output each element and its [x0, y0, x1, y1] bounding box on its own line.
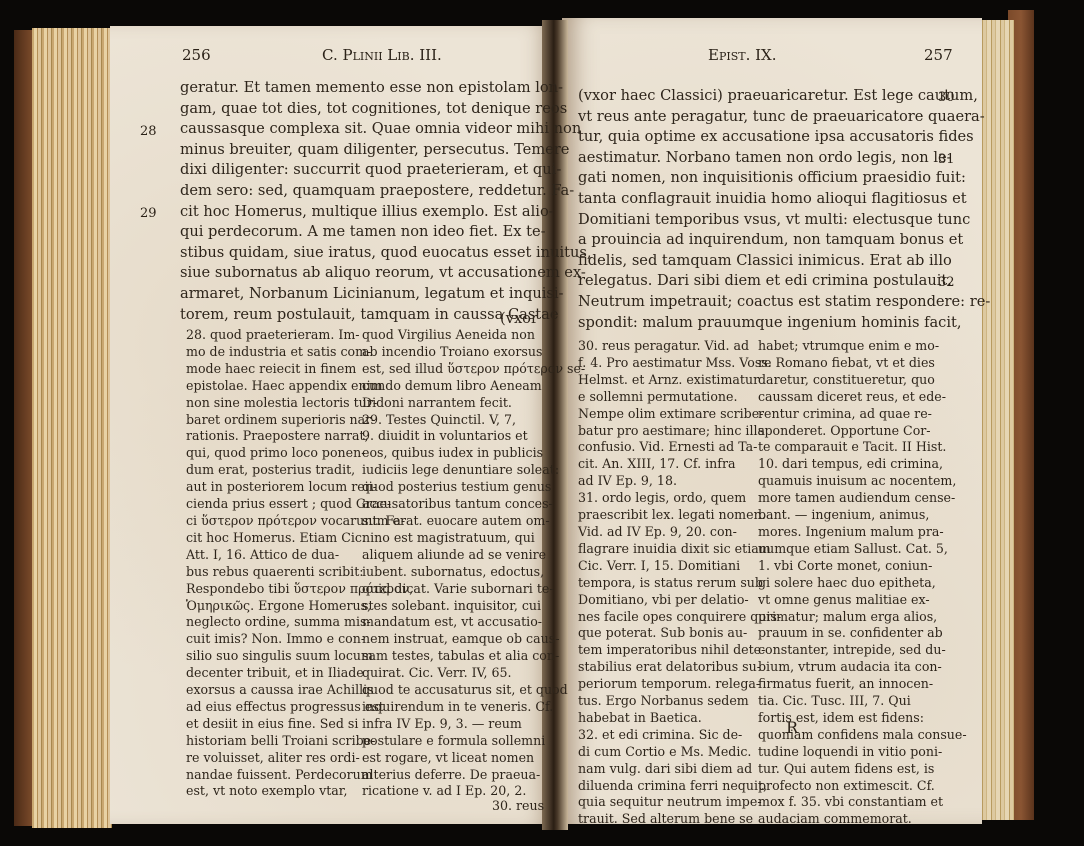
- note-line: epistolae. Haec appendix enim: [186, 378, 361, 395]
- note-line: accusatoribus tantum conces-: [362, 496, 542, 513]
- note-line: iubent. subornatus, edoctus,: [362, 564, 542, 581]
- note-line: tus. Ergo Norbanus sedem: [578, 693, 754, 710]
- note-line: audaciam commemorat.: [758, 811, 938, 828]
- note-line: infra IV Ep. 9, 3. — reum: [362, 716, 542, 733]
- note-line: quid dicat. Varie subornari te-: [362, 581, 542, 598]
- note-line: nam vulg. dari sibi diem ad: [578, 761, 754, 778]
- note-line: tia. Cic. Tusc. III, 7. Qui: [758, 693, 938, 710]
- text-line: caussasque complexa sit. Quae omnia vide…: [180, 119, 538, 140]
- left-running-head: C. Plinii Lib. III.: [322, 46, 442, 64]
- note-line: Cic. Verr. I, 15. Domitiani: [578, 558, 754, 575]
- note-line: constanter, intrepide, sed du-: [758, 642, 938, 659]
- text-line: aestimatur. Norbano tamen non ordo legis…: [578, 148, 938, 169]
- note-line: fortis est, idem est fidens:: [758, 710, 938, 727]
- text-line: relegatus. Dari sibi diem et edi crimina…: [578, 271, 938, 292]
- note-line: quoniam confidens mala consue-: [758, 727, 938, 744]
- note-line: ab incendio Troiano exorsus: [362, 344, 542, 361]
- left-page-number: 256: [182, 46, 211, 64]
- note-line: aut in posteriorem locum reii-: [186, 479, 361, 496]
- margin-number-31: 31: [938, 152, 955, 167]
- note-line: profecto non extimescit. Cf.: [758, 778, 938, 795]
- note-line: sum erat. euocare autem om-: [362, 513, 542, 530]
- text-line: gati nomen, non inquisitionis officium p…: [578, 168, 938, 189]
- note-line: tudine loquendi in vitio poni-: [758, 744, 938, 761]
- text-line: dem sero: sed, quamquam praepostere, red…: [180, 181, 538, 202]
- note-line: tem imperatoribus nihil dete-: [578, 642, 754, 659]
- note-line: re Romano fiebat, vt et dies: [758, 355, 938, 372]
- text-line: geratur. Et tamen memento esse non epist…: [180, 78, 538, 99]
- note-line: baret ordinem superioris nar-: [186, 412, 361, 429]
- note-line: Respondebo tibi ὕστερον πρότερον,: [186, 581, 361, 598]
- note-line: Att. I, 16. Attico de dua-: [186, 547, 361, 564]
- note-line: quirat. Cic. Verr. IV, 65.: [362, 665, 542, 682]
- note-line: Nempe olim extimare scribe-: [578, 406, 754, 423]
- note-line: mores. Ingenium malum pra-: [758, 524, 938, 541]
- note-line: praescribit lex. legati nomen.: [578, 507, 754, 524]
- note-line: bium, vtrum audacia ita con-: [758, 659, 938, 676]
- note-line: ci ὕστερον πρότερον vocarunt. Fa-: [186, 513, 361, 530]
- note-line: decenter tribuit, et in Iliade: [186, 665, 361, 682]
- note-line: trauit. Sed alterum bene se: [578, 811, 754, 828]
- note-line: bus rebus quaerenti scribit:: [186, 564, 361, 581]
- note-line: f. 4. Pro aestimatur Mss. Voss.: [578, 355, 754, 372]
- text-line: cit hoc Homerus, multique illius exemplo…: [180, 202, 538, 223]
- note-line: 32. et edi crimina. Sic de-: [578, 727, 754, 744]
- text-line: spondit: malum prauumque ingenium homini…: [578, 313, 938, 334]
- note-line: Helmst. et Arnz. existimatur: [578, 372, 754, 389]
- left-body-text: geratur. Et tamen memento esse non epist…: [180, 78, 538, 325]
- text-line: dixi diligenter: succurrit quod praeteri…: [180, 160, 538, 181]
- note-line: daretur, constitueretur, quo: [758, 372, 938, 389]
- note-line: mandatum est, vt accusatio-: [362, 614, 542, 631]
- right-notes-column-1: 30. reus peragatur. Vid. adf. 4. Pro aes…: [578, 338, 754, 828]
- left-notes-column-2: quod Virgilius Aeneida nonab incendio Tr…: [362, 327, 542, 800]
- margin-number-28: 28: [140, 124, 157, 139]
- note-line: que poterat. Sub bonis au-: [578, 625, 754, 642]
- page-edges-left: [32, 28, 112, 828]
- note-line: neglecto ordine, summa mis-: [186, 614, 361, 631]
- note-line: cuit imis? Non. Immo e con-: [186, 631, 361, 648]
- note-line: Domitiano, vbi per delatio-: [578, 592, 754, 609]
- note-line: Ὁμηρικῶς. Ergone Homerus,: [186, 598, 361, 615]
- left-notes-column-1: 28. quod praeterieram. Im-mo de industri…: [186, 327, 361, 800]
- margin-number-32: 32: [938, 275, 955, 290]
- note-line: quod Virgilius Aeneida non: [362, 327, 542, 344]
- note-line: mode haec reiecit in finem: [186, 361, 361, 378]
- note-line: est rogare, vt liceat nomen: [362, 750, 542, 767]
- note-line: periorum temporum. relega-: [578, 676, 754, 693]
- note-line: exorsus a caussa irae Achillis: [186, 682, 361, 699]
- note-line: diluenda crimina ferri nequit,: [578, 778, 754, 795]
- note-line: tur. Qui autem fidens est, is: [758, 761, 938, 778]
- text-line: armaret, Norbanum Licinianum, legatum et…: [180, 284, 538, 305]
- note-line: e sollemni permutatione.: [578, 389, 754, 406]
- margin-number-29: 29: [140, 206, 157, 221]
- note-line: bant. — ingenium, animus,: [758, 507, 938, 524]
- note-line: historiam belli Troiani scribe-: [186, 733, 361, 750]
- note-line: quamuis inuisum ac nocentem,: [758, 473, 938, 490]
- note-line: stabilius erat delatoribus su-: [578, 659, 754, 676]
- right-page-number: 257: [924, 46, 953, 64]
- note-line: flagrare inuidia dixit sic etiam: [578, 541, 754, 558]
- text-line: gam, quae tot dies, tot cognitiones, tot…: [180, 99, 538, 120]
- text-line: fidelis, sed tamquam Classici inimicus. …: [578, 251, 938, 272]
- note-line: sponderet. Opportune Cor-: [758, 423, 938, 440]
- right-running-head: Epist. IX.: [708, 46, 776, 64]
- text-line: Domitiani temporibus vsus, vt multi: ele…: [578, 210, 938, 231]
- note-line: sam testes, tabulas et alia con-: [362, 648, 542, 665]
- note-line: cundo demum libro Aeneam: [362, 378, 542, 395]
- signature-mark: R: [786, 718, 798, 737]
- note-line: Didoni narrantem fecit.: [362, 395, 542, 412]
- note-line: iudiciis lege denuntiare soleat:: [362, 462, 542, 479]
- note-line: 10. dari tempus, edi crimina,: [758, 456, 938, 473]
- note-line: 28. quod praeterieram. Im-: [186, 327, 361, 344]
- note-line: aliquem aliunde ad se venire: [362, 547, 542, 564]
- text-line: a prouincia ad inquirendum, non tamquam …: [578, 230, 938, 251]
- note-line: quod posterius testium genus: [362, 479, 542, 496]
- note-line: confusio. Vid. Ernesti ad Ta-: [578, 439, 754, 456]
- left-notes-catchword: 30. reus: [492, 798, 544, 815]
- note-line: dum erat, posterius tradit,: [186, 462, 361, 479]
- note-line: more tamen audiendum cense-: [758, 490, 938, 507]
- text-line: Neutrum impetrauit; coactus est statim r…: [578, 292, 938, 313]
- note-line: primatur; malum erga alios,: [758, 609, 938, 626]
- note-line: habebat in Baetica.: [578, 710, 754, 727]
- note-line: et desiit in eius fine. Sed si: [186, 716, 361, 733]
- note-line: 9. diuidit in voluntarios et: [362, 428, 542, 445]
- note-line: mo de industria et satis com-: [186, 344, 361, 361]
- note-line: 1. vbi Corte monet, coniun-: [758, 558, 938, 575]
- note-line: uumque etiam Sallust. Cat. 5,: [758, 541, 938, 558]
- note-line: prauum in se. confidenter ab: [758, 625, 938, 642]
- text-line: stibus quidam, siue iratus, quod euocatu…: [180, 243, 538, 264]
- text-line: qui perdecorum. A me tamen non ideo fiet…: [180, 222, 538, 243]
- note-line: mox f. 35. vbi constantiam et: [758, 794, 938, 811]
- note-line: tempora, is status rerum sub: [578, 575, 754, 592]
- text-line: tanta conflagrauit inuidia homo alioqui …: [578, 189, 938, 210]
- note-line: nandae fuissent. Perdecorum: [186, 767, 361, 784]
- note-line: batur pro aestimare; hinc illa: [578, 423, 754, 440]
- note-line: non sine molestia lectoris tur-: [186, 395, 361, 412]
- note-line: caussam diceret reus, et ede-: [758, 389, 938, 406]
- note-line: 31. ordo legis, ordo, quem: [578, 490, 754, 507]
- note-line: stes solebant. inquisitor, cui: [362, 598, 542, 615]
- note-line: ad IV Ep. 9, 18.: [578, 473, 754, 490]
- note-line: re voluisset, aliter res ordi-: [186, 750, 361, 767]
- note-line: 30. reus peragatur. Vid. ad: [578, 338, 754, 355]
- note-line: quia sequitur neutrum impe-: [578, 794, 754, 811]
- note-line: nem instruat, eamque ob caus-: [362, 631, 542, 648]
- note-line: di cum Cortio e Ms. Medic.: [578, 744, 754, 761]
- note-line: quod te accusaturus sit, et quod: [362, 682, 542, 699]
- note-line: inquirendum in te veneris. Cf.: [362, 699, 542, 716]
- note-line: cienda prius essert ; quod Grae-: [186, 496, 361, 513]
- note-line: rentur crimina, ad quae re-: [758, 406, 938, 423]
- note-line: est, sed illud ὕστερον πρότερον se-: [362, 361, 542, 378]
- text-line: tur, quia optime ex accusatione ipsa acc…: [578, 127, 938, 148]
- note-line: cit hoc Homerus. Etiam Cic.: [186, 530, 361, 547]
- text-line: minus breuiter, quam diligenter, persecu…: [180, 140, 538, 161]
- note-line: habet; vtrumque enim e mo-: [758, 338, 938, 355]
- note-line: cit. An. XIII, 17. Cf. infra: [578, 456, 754, 473]
- note-line: eos, quibus iudex in publicis: [362, 445, 542, 462]
- note-line: nes facile opes conquirere quis-: [578, 609, 754, 626]
- note-line: silio suo singulis suum locum: [186, 648, 361, 665]
- note-line: rationis. Praepostere narrat,: [186, 428, 361, 445]
- note-line: gi solere haec duo epitheta,: [758, 575, 938, 592]
- note-line: alterius deferre. De praeua-: [362, 767, 542, 784]
- note-line: postulare e formula sollemni: [362, 733, 542, 750]
- note-line: qui, quod primo loco ponen-: [186, 445, 361, 462]
- right-notes-column-2: habet; vtrumque enim e mo-re Romano fieb…: [758, 338, 938, 828]
- note-line: ad eius effectus progressus est: [186, 699, 361, 716]
- text-line: (vxor haec Classici) praeuaricaretur. Es…: [578, 86, 938, 107]
- text-line: siue subornatus ab aliquo reorum, vt acc…: [180, 263, 538, 284]
- note-line: vt omne genus malitiae ex-: [758, 592, 938, 609]
- right-body-text: (vxor haec Classici) praeuaricaretur. Es…: [578, 86, 938, 333]
- note-line: nino est magistratuum, qui: [362, 530, 542, 547]
- note-line: est, vt noto exemplo vtar,: [186, 783, 361, 800]
- note-line: 29. Testes Quinctil. V, 7,: [362, 412, 542, 429]
- note-line: firmatus fuerit, an innocen-: [758, 676, 938, 693]
- margin-number-30: 30: [938, 90, 955, 105]
- text-line: vt reus ante peragatur, tunc de praeuari…: [578, 107, 938, 128]
- note-line: te comparauit e Tacit. II Hist.: [758, 439, 938, 456]
- note-line: Vid. ad IV Ep. 9, 20. con-: [578, 524, 754, 541]
- text-line: torem, reum postulauit, tamquam in causs…: [180, 305, 538, 326]
